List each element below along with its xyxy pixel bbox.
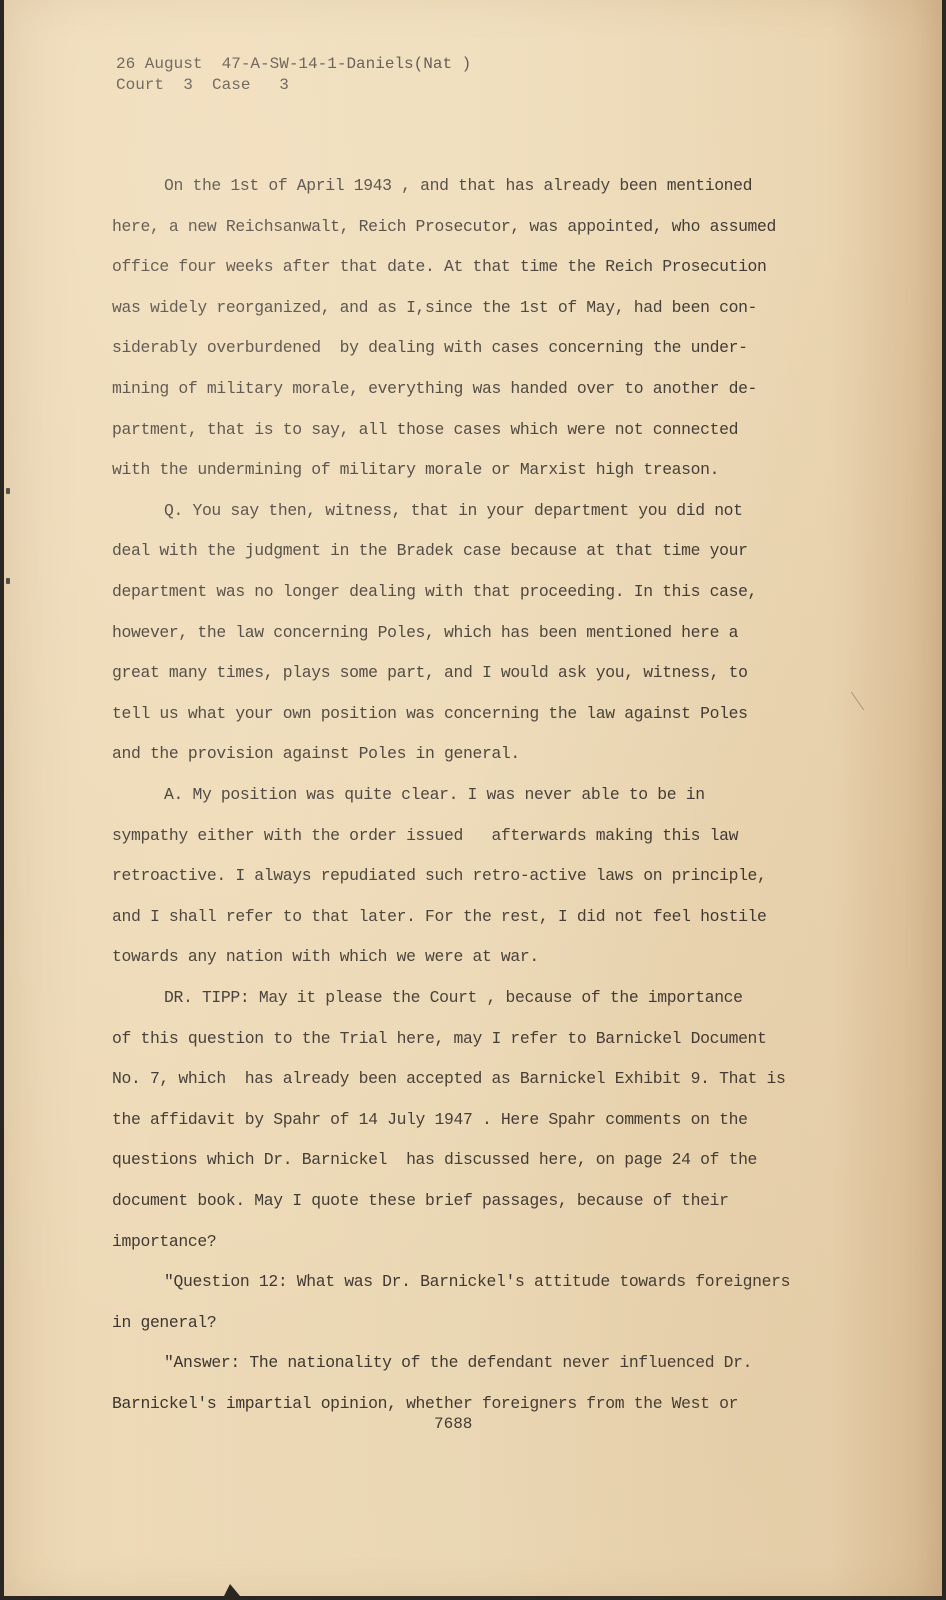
transcript-line: questions which Dr. Barnickel has discus… [112,1150,757,1169]
document-page: 26 August 47-A-SW-14-1-Daniels(Nat ) Cou… [4,0,942,1596]
header-reference-line: 26 August 47-A-SW-14-1-Daniels(Nat ) [116,55,471,73]
transcript-line: deal with the judgment in the Bradek cas… [112,541,748,560]
page-number: 7688 [434,1415,472,1433]
transcript-line: however, the law concerning Poles, which… [112,623,738,642]
transcript-line: towards any nation with which we were at… [112,947,539,966]
transcript-line: partment, that is to say, all those case… [112,420,738,439]
transcript-line: and the provision against Poles in gener… [112,744,520,763]
page-tab-notch [224,1584,240,1596]
transcript-line: Barnickel's impartial opinion, whether f… [112,1394,738,1413]
pen-stroke-mark [851,692,864,711]
transcript-line: document book. May I quote these brief p… [112,1191,729,1210]
transcript-line: DR. TIPP: May it please the Court , beca… [164,988,743,1007]
transcript-line: importance? [112,1232,216,1251]
transcript-line: tell us what your own position was conce… [112,704,748,723]
transcript-line: siderably overburdened by dealing with c… [112,338,748,357]
transcript-line: here, a new Reichsanwalt, Reich Prosecut… [112,217,776,236]
margin-mark [6,578,10,584]
transcript-line: in general? [112,1313,216,1332]
transcript-line: Q. You say then, witness, that in your d… [164,501,743,520]
header-court-case-line: Court 3 Case 3 [116,76,289,94]
transcript-line: retroactive. I always repudiated such re… [112,866,767,885]
transcript-line: was widely reorganized, and as I,since t… [112,298,757,317]
transcript-line: A. My position was quite clear. I was ne… [164,785,705,804]
transcript-line: mining of military morale, everything wa… [112,379,757,398]
transcript-line: the affidavit by Spahr of 14 July 1947 .… [112,1110,748,1129]
transcript-line: "Answer: The nationality of the defendan… [164,1353,752,1372]
transcript-line: sympathy either with the order issued af… [112,826,738,845]
transcript-line: great many times, plays some part, and I… [112,663,748,682]
transcript-line: office four weeks after that date. At th… [112,257,767,276]
transcript-line: department was no longer dealing with th… [112,582,757,601]
transcript-line: No. 7, which has already been accepted a… [112,1069,786,1088]
transcript-line: of this question to the Trial here, may … [112,1029,767,1048]
transcript-line: On the 1st of April 1943 , and that has … [164,176,752,195]
margin-mark [6,488,10,494]
transcript-line: "Question 12: What was Dr. Barnickel's a… [164,1272,790,1291]
transcript-line: and I shall refer to that later. For the… [112,907,767,926]
transcript-line: with the undermining of military morale … [112,460,719,479]
